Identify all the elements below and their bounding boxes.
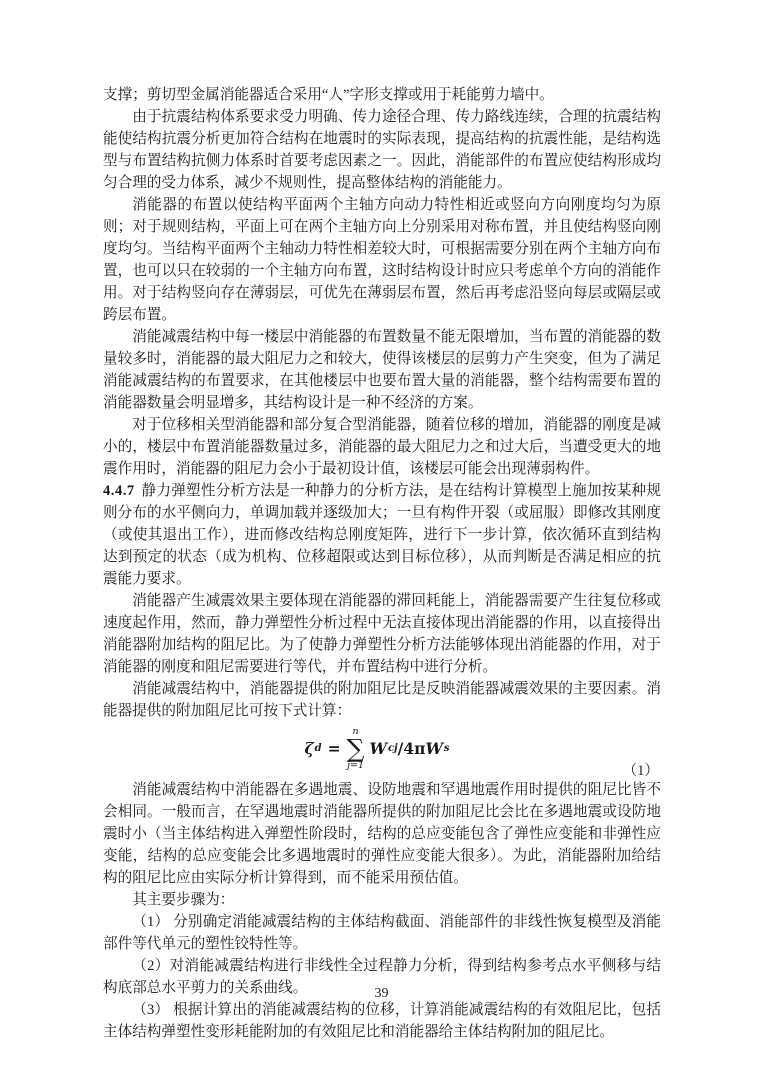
page-number: 39 [0, 986, 763, 1002]
text-block: 支撑；剪切型金属消能器适合采用“人”字形支撑或用于耗能剪力墙中。 由于抗震结构体… [103, 84, 661, 1043]
paragraph: 消能减震结构中消能器在多遇地震、设防地震和罕遇地震作用时提供的阻尼比皆不会相同。… [103, 779, 661, 889]
paragraph: 消能减震结构中，消能器提供的附加阻尼比是反映消能器减震效果的主要因素。消能器提供… [103, 678, 661, 722]
step-item-3: （3） 根据计算出的消能减震结构的位移，计算消能减震结构的有效阻尼比，包括主体结… [103, 999, 661, 1043]
w-s-subscript: s [444, 738, 450, 760]
zeta-symbol: ζ [304, 738, 313, 760]
equals-sign: = [328, 738, 341, 760]
sigma-glyph: ∑ [347, 737, 365, 761]
equation-expression: ζd = n ∑ j=1 Wcj/4πWs [304, 727, 449, 772]
equation-number: （1） [623, 760, 660, 782]
w-cj-subscript: cj [388, 738, 398, 760]
w-s-term: W [425, 738, 442, 760]
equation-1: ζd = n ∑ j=1 Wcj/4πWs （1） [103, 727, 661, 772]
paragraph: 对于位移相关型消能器和部分复合型消能器，随着位移的增加，消能器的刚度是减小的，楼… [103, 414, 661, 480]
paragraph: 消能器的布置以使结构平面两个主轴方向动力特性相近或竖向方向刚度均匀为原则；对于规… [103, 194, 661, 326]
paragraph: 消能减震结构中每一楼层中消能器的布置数量不能无限增加，当布置的消能器的数量较多时… [103, 326, 661, 414]
four-pi-coefficient: 4π [403, 738, 425, 760]
document-page: 支撑；剪切型金属消能器适合采用“人”字形支撑或用于耗能剪力墙中。 由于抗震结构体… [0, 0, 763, 1080]
section-text: 静力弹塑性分析方法是一种静力的分析方法，是在结构计算模型上施加按某种规则分布的水… [103, 483, 661, 587]
w-cj-term: W [370, 738, 387, 760]
paragraph: 其主要步骤为： [103, 889, 661, 911]
paragraph: 消能器产生减震效果主要体现在消能器的滞回耗能上，消能器需要产生往复位移或速度起作… [103, 590, 661, 678]
summation-lower-limit: j=1 [347, 761, 364, 771]
step-item-1: （1） 分别确定消能减震结构的主体结构截面、消能部件的非线性恢复模型及消能部件等… [103, 911, 661, 955]
zeta-subscript: d [315, 738, 322, 760]
paragraph-continuation: 支撑；剪切型金属消能器适合采用“人”字形支撑或用于耗能剪力墙中。 [103, 84, 661, 106]
summation-symbol: n ∑ j=1 [347, 727, 365, 772]
paragraph: 由于抗震结构体系要求受力明确、传力途径合理、传力路线连续，合理的抗震结构能使结构… [103, 106, 661, 194]
section-4-4-7: 4.4.7静力弹塑性分析方法是一种静力的分析方法，是在结构计算模型上施加按某种规… [103, 480, 661, 590]
section-number: 4.4.7 [103, 483, 135, 499]
